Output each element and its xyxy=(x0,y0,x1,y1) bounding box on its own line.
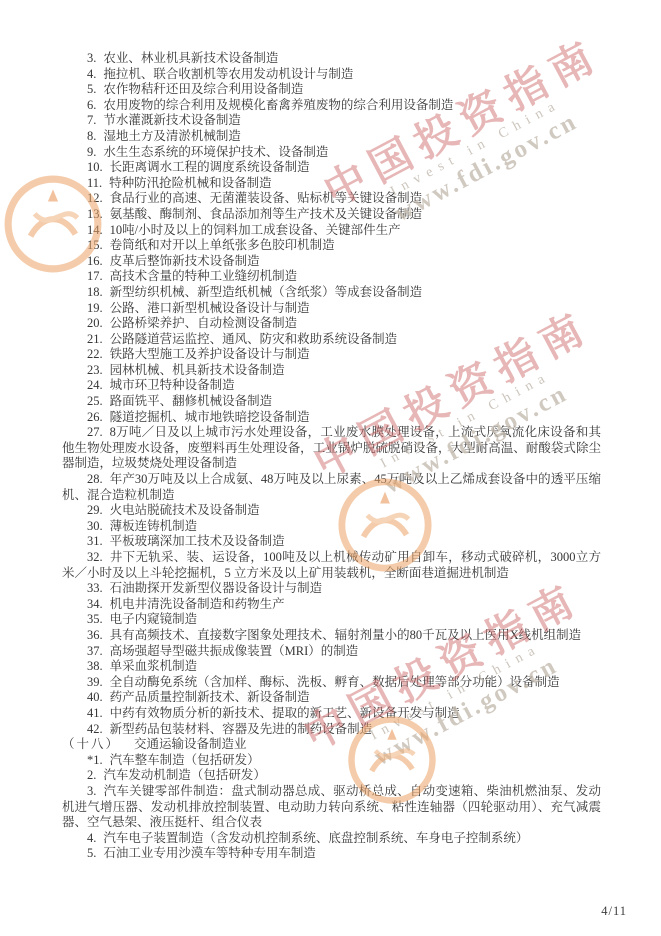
item-text: 拖拉机、联合收割机等农用发动机设计与制造 xyxy=(103,67,353,81)
list-item: 16.皮革后整饰新技术设备制造 xyxy=(62,254,601,270)
item-number: 25. xyxy=(87,394,103,408)
list-item: 22.铁路大型施工及养护设备设计与制造 xyxy=(62,347,601,363)
item-text: 新型药品包装材料、容器及先进的制药设备制造 xyxy=(110,722,373,736)
item-number: 7. xyxy=(87,113,96,127)
item-text: 铁路大型施工及养护设备设计与制造 xyxy=(110,347,310,361)
list-item: 8.湿地土方及清淤机械制造 xyxy=(62,129,601,145)
item-number: 12. xyxy=(87,191,103,205)
list-item: 41.中药有效物质分析的新技术、提取的新工艺、新设备开发与制造 xyxy=(62,706,601,722)
list-item: 5.农作物秸秆还田及综合利用设备制造 xyxy=(62,82,601,98)
list-item: 40.药产品质量控制新技术、新设备制造 xyxy=(62,690,601,706)
list-item: 3.农业、林业机具新技术设备制造 xyxy=(62,51,601,67)
item-text: 中药有效物质分析的新技术、提取的新工艺、新设备开发与制造 xyxy=(110,706,460,720)
item-text: 氨基酸、酶制剂、食品添加剂等生产技术及关键设备制造 xyxy=(110,207,423,221)
item-text: 农作物秸秆还田及综合利用设备制造 xyxy=(103,82,303,96)
item-text: 公路、港口新型机械设备设计与制造 xyxy=(110,301,310,315)
item-text: 节水灌溉新技术设备制造 xyxy=(103,113,241,127)
item-text: 高技术含量的特种工业缝纫机制造 xyxy=(110,269,298,283)
list-item: 29.火电站脱硫技术及设备制造 xyxy=(62,503,601,519)
item-text: 水生生态系统的环境保护技术、设备制造 xyxy=(103,145,328,159)
item-number: 37. xyxy=(87,644,103,658)
item-number: 5. xyxy=(87,82,96,96)
list-item: 17.高技术含量的特种工业缝纫机制造 xyxy=(62,269,601,285)
list-item: 31.平板玻璃深加工技术及设备制造 xyxy=(62,534,601,550)
item-number: 41. xyxy=(87,706,103,720)
item-text: 卷筒纸和对开以上单纸张多色胶印机制造 xyxy=(110,238,335,252)
list-item: 26.隧道挖掘机、城市地铁暗挖设备制造 xyxy=(62,410,601,426)
item-number: 13. xyxy=(87,207,103,221)
list-item: 7.节水灌溉新技术设备制造 xyxy=(62,113,601,129)
item-number: 20. xyxy=(87,316,103,330)
item-text: 平板玻璃深加工技术及设备制造 xyxy=(110,534,285,548)
item-number: 18. xyxy=(87,285,103,299)
item-text: 汽车电子装置制造（含发动机控制系统、底盘控制系统、车身电子控制系统） xyxy=(103,831,528,845)
list-item: 2.汽车发动机制造（包括研发） xyxy=(62,768,601,784)
list-item: 5.石油工业专用沙漠车等特种专用车制造 xyxy=(62,846,601,862)
page-number: 4/11 xyxy=(601,904,627,919)
item-number: 3. xyxy=(87,784,96,798)
list-item: 24.城市环卫特种设备制造 xyxy=(62,378,601,394)
list-item: 36.具有高频技术、直接数字图象处理技术、辐射剂量小的80千瓦及以上医用X线机组… xyxy=(62,628,601,644)
item-number: 11. xyxy=(87,176,102,190)
item-text: 特种防汛抢险机械和设备制造 xyxy=(109,176,272,190)
item-number: 5. xyxy=(87,846,96,860)
item-text: 隧道挖掘机、城市地铁暗挖设备制造 xyxy=(110,410,310,424)
item-text: 高场强超导型磁共振成像装置（MRI）的制造 xyxy=(110,644,359,658)
item-number: 40. xyxy=(87,690,103,704)
item-text: 新型纺织机械、新型造纸机械（含纸浆）等成套设备制造 xyxy=(110,285,423,299)
item-text: 汽车发动机制造（包括研发） xyxy=(103,768,266,782)
list-item: 6.农用废物的综合利用及规模化畜禽养殖废物的综合利用设备制造 xyxy=(62,98,601,114)
list-item: 38.单采血浆机制造 xyxy=(62,659,601,675)
item-text: 薄板连铸机制造 xyxy=(110,519,198,533)
list-item: 25.路面铣平、翻修机械设备制造 xyxy=(62,394,601,410)
list-item: 14.10吨/小时及以上的饲料加工成套设备、关键部件生产 xyxy=(62,223,601,239)
item-text: 食品行业的高速、无菌灌装设备、贴标机等关键设备制造 xyxy=(110,191,423,205)
list-item: 4.汽车电子装置制造（含发动机控制系统、底盘控制系统、车身电子控制系统） xyxy=(62,831,601,847)
item-number: 34. xyxy=(87,597,103,611)
list-item: 13.氨基酸、酶制剂、食品添加剂等生产技术及关键设备制造 xyxy=(62,207,601,223)
item-number: *1. xyxy=(87,753,103,767)
item-number: 39. xyxy=(87,675,103,689)
item-text: 交通运输设备制造业 xyxy=(134,737,247,751)
list-item: 10.长距离调水工程的调度系统设备制造 xyxy=(62,160,601,176)
list-item: 12.食品行业的高速、无菌灌装设备、贴标机等关键设备制造 xyxy=(62,191,601,207)
item-text: 皮革后整饰新技术设备制造 xyxy=(110,254,260,268)
item-text: 湿地土方及清淤机械制造 xyxy=(103,129,241,143)
list-item: 11.特种防汛抢险机械和设备制造 xyxy=(62,176,601,192)
item-text: 公路桥梁养护、自动检测设备制造 xyxy=(110,316,298,330)
list-item: 4.拖拉机、联合收割机等农用发动机设计与制造 xyxy=(62,67,601,83)
item-number: 17. xyxy=(87,269,103,283)
item-text: 长距离调水工程的调度系统设备制造 xyxy=(110,160,310,174)
document-page: 3.农业、林业机具新技术设备制造 4.拖拉机、联合收割机等农用发动机设计与制造 … xyxy=(0,0,661,936)
item-number: 27. xyxy=(87,425,103,439)
item-number: 36. xyxy=(87,628,103,642)
item-number: （十八） xyxy=(62,737,120,751)
list-item: 23.园林机械、机具新技术设备制造 xyxy=(62,363,601,379)
item-text: 汽车关键零部件制造：盘式制动器总成、驱动桥总成、自动变速箱、柴油机燃油泵、发动机… xyxy=(62,784,601,829)
item-number: 2. xyxy=(87,768,96,782)
item-number: 26. xyxy=(87,410,103,424)
item-number: 31. xyxy=(87,534,103,548)
item-text: 电子内窥镜制造 xyxy=(110,612,198,626)
item-number: 32. xyxy=(87,550,103,564)
item-text: 药产品质量控制新技术、新设备制造 xyxy=(110,690,310,704)
item-number: 4. xyxy=(87,67,96,81)
item-text: 石油勘探开发新型仪器设备设计与制造 xyxy=(110,581,323,595)
item-text: 具有高频技术、直接数字图象处理技术、辐射剂量小的80千瓦及以上医用X线机组制造 xyxy=(110,628,582,642)
item-number: 9. xyxy=(87,145,96,159)
list-item: 34.机电井清洗设备制造和药物生产 xyxy=(62,597,601,613)
item-number: 29. xyxy=(87,503,103,517)
item-number: 14. xyxy=(87,223,103,237)
item-number: 8. xyxy=(87,129,96,143)
item-number: 16. xyxy=(87,254,103,268)
item-number: 24. xyxy=(87,378,103,392)
item-text: 井下无轨采、装、运设备，100吨及以上机械传动矿用自卸车，移动式破碎机，3000… xyxy=(62,550,601,580)
list-item: 30.薄板连铸机制造 xyxy=(62,519,601,535)
item-text: 公路隧道营运监控、通风、防灾和救助系统设备制造 xyxy=(110,332,398,346)
item-number: 4. xyxy=(87,831,96,845)
item-text: 园林机械、机具新技术设备制造 xyxy=(110,363,285,377)
item-text: 路面铣平、翻修机械设备制造 xyxy=(110,394,273,408)
item-number: 3. xyxy=(87,51,96,65)
item-number: 33. xyxy=(87,581,103,595)
item-text: 单采血浆机制造 xyxy=(110,659,198,673)
list-item: 37.高场强超导型磁共振成像装置（MRI）的制造 xyxy=(62,644,601,660)
list-item: 33.石油勘探开发新型仪器设备设计与制造 xyxy=(62,581,601,597)
item-number: 23. xyxy=(87,363,103,377)
list-item: 15.卷筒纸和对开以上单纸张多色胶印机制造 xyxy=(62,238,601,254)
list-item: 28.年产30万吨及以上合成氨、48万吨及以上尿素、45万吨及以上乙烯成套设备中… xyxy=(62,472,601,503)
list-item: 19.公路、港口新型机械设备设计与制造 xyxy=(62,301,601,317)
list-item: 20.公路桥梁养护、自动检测设备制造 xyxy=(62,316,601,332)
item-number: 38. xyxy=(87,659,103,673)
list-item: 35.电子内窥镜制造 xyxy=(62,612,601,628)
item-number: 22. xyxy=(87,347,103,361)
list-item: 42.新型药品包装材料、容器及先进的制药设备制造 xyxy=(62,722,601,738)
list-item: 32.井下无轨采、装、运设备，100吨及以上机械传动矿用自卸车，移动式破碎机，3… xyxy=(62,550,601,581)
item-number: 42. xyxy=(87,722,103,736)
item-text: 机电井清洗设备制造和药物生产 xyxy=(110,597,285,611)
list-item: 3.汽车关键零部件制造：盘式制动器总成、驱动桥总成、自动变速箱、柴油机燃油泵、发… xyxy=(62,784,601,831)
item-number: 15. xyxy=(87,238,103,252)
item-text: 全自动酶免系统（含加样、酶标、洗板、孵育、数据后处理等部分功能）设备制造 xyxy=(110,675,560,689)
item-number: 35. xyxy=(87,612,103,626)
item-number: 10. xyxy=(87,160,103,174)
item-number: 21. xyxy=(87,332,103,346)
catalog-list: 3.农业、林业机具新技术设备制造 4.拖拉机、联合收割机等农用发动机设计与制造 … xyxy=(62,51,601,862)
item-text: 农用废物的综合利用及规模化畜禽养殖废物的综合利用设备制造 xyxy=(103,98,453,112)
item-text: 汽车整车制造（包括研发） xyxy=(110,753,260,767)
item-text: 年产30万吨及以上合成氨、48万吨及以上尿素、45万吨及以上乙烯成套设备中的透平… xyxy=(62,472,601,502)
item-text: 火电站脱硫技术及设备制造 xyxy=(110,503,260,517)
item-text: 石油工业专用沙漠车等特种专用车制造 xyxy=(103,846,316,860)
list-item: 27.8万吨／日及以上城市污水处理设备，工业废水膜处理设备，上流式厌氧流化床设备… xyxy=(62,425,601,472)
list-item: （十八）交通运输设备制造业 xyxy=(62,737,601,753)
list-item: 39.全自动酶免系统（含加样、酶标、洗板、孵育、数据后处理等部分功能）设备制造 xyxy=(62,675,601,691)
item-number: 6. xyxy=(87,98,96,112)
list-item: 9.水生生态系统的环境保护技术、设备制造 xyxy=(62,145,601,161)
item-text: 8万吨／日及以上城市污水处理设备，工业废水膜处理设备，上流式厌氧流化床设备和其他… xyxy=(62,425,601,470)
item-text: 10吨/小时及以上的饲料加工成套设备、关键部件生产 xyxy=(110,223,401,237)
item-text: 城市环卫特种设备制造 xyxy=(110,378,235,392)
item-number: 28. xyxy=(87,472,103,486)
item-number: 30. xyxy=(87,519,103,533)
list-item: 18.新型纺织机械、新型造纸机械（含纸浆）等成套设备制造 xyxy=(62,285,601,301)
item-number: 19. xyxy=(87,301,103,315)
list-item: 21.公路隧道营运监控、通风、防灾和救助系统设备制造 xyxy=(62,332,601,348)
list-item: *1.汽车整车制造（包括研发） xyxy=(62,753,601,769)
item-text: 农业、林业机具新技术设备制造 xyxy=(103,51,278,65)
